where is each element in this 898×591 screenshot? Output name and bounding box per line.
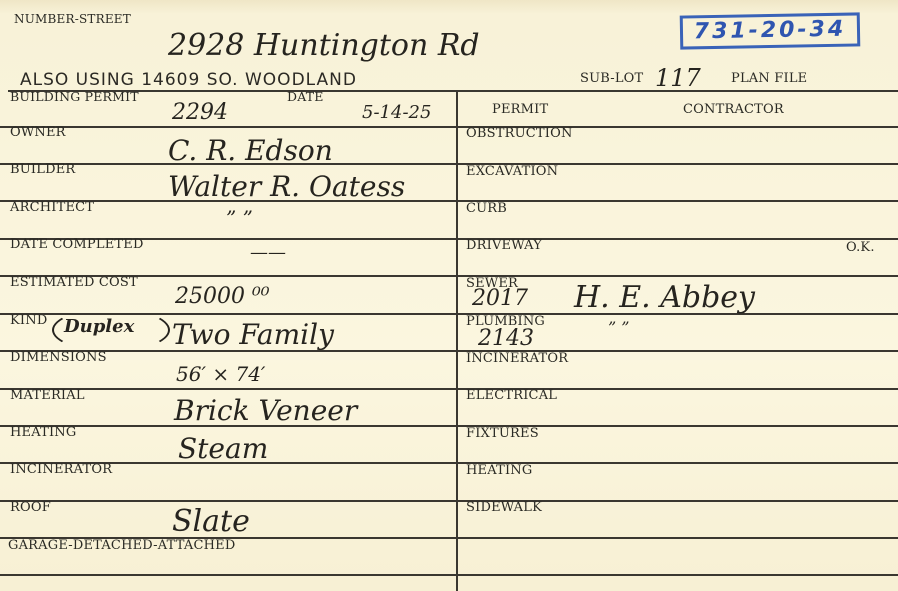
building-permit-label: BUILDING PERMIT	[10, 89, 139, 104]
kind-annotation: Duplex	[64, 316, 134, 337]
dimensions-label: DIMENSIONS	[10, 350, 107, 365]
rule-line	[8, 90, 898, 92]
driveway-status: O.K.	[846, 240, 875, 255]
rule-line	[0, 126, 898, 128]
estimated-cost-label: ESTIMATED COST	[10, 275, 138, 290]
rule-line	[0, 388, 898, 390]
owner-label: OWNER	[10, 125, 66, 140]
garage-label: GARAGE-DETACHED-ATTACHED	[8, 538, 235, 553]
curb-label: CURB	[466, 201, 507, 216]
rule-line	[0, 350, 898, 352]
heating-value: Steam	[178, 432, 268, 465]
material-value: Brick Veneer	[174, 394, 357, 427]
incinerator-permit-label: INCINERATOR	[466, 351, 568, 366]
address-value: 2928 Huntington Rd	[168, 28, 480, 63]
excavation-label: EXCAVATION	[466, 164, 558, 179]
owner-value: C. R. Edson	[168, 134, 333, 167]
file-number-stamp: 731-20-34	[680, 12, 861, 49]
heating-permit-label: HEATING	[466, 463, 532, 478]
also-using-note: ALSO USING 14609 SO. WOODLAND	[20, 70, 357, 90]
dimensions-value: 56′ × 74′	[176, 362, 265, 386]
rule-line	[0, 200, 898, 202]
material-label: MATERIAL	[10, 388, 85, 403]
plumbing-permit: 2143	[478, 326, 534, 351]
plan-file-label: PLAN FILE	[731, 71, 807, 86]
builder-label: BUILDER	[10, 162, 75, 177]
kind-label: KIND	[10, 313, 47, 328]
date-value: 5-14-25	[362, 102, 431, 123]
roof-value: Slate	[172, 504, 250, 539]
sewer-contractor: H. E. Abbey	[574, 280, 755, 315]
rule-line	[0, 462, 898, 464]
contractor-column-header: CONTRACTOR	[683, 102, 784, 117]
date-label: DATE	[287, 89, 324, 104]
obstruction-label: OBSTRUCTION	[466, 126, 573, 141]
permit-column-header: PERMIT	[492, 102, 548, 117]
column-divider	[456, 90, 458, 591]
building-record-card: NUMBER-STREET 2928 Huntington Rd 731-20-…	[0, 0, 898, 591]
roof-label: ROOF	[10, 500, 51, 515]
rule-line	[0, 163, 898, 165]
number-street-label: NUMBER-STREET	[14, 12, 131, 26]
sewer-permit: 2017	[472, 286, 528, 311]
date-completed-label: DATE COMPLETED	[10, 237, 144, 252]
date-completed-value: ——	[250, 242, 286, 263]
incinerator-label: INCINERATOR	[10, 462, 112, 477]
architect-value: ” ”	[226, 206, 253, 230]
estimated-cost-value: 25000 ⁰⁰	[175, 284, 270, 309]
sub-lot-label: SUB-LOT	[580, 71, 643, 86]
electrical-label: ELECTRICAL	[466, 388, 557, 403]
rule-line	[0, 574, 898, 576]
architect-label: ARCHITECT	[10, 200, 94, 215]
sidewalk-label: SIDEWALK	[466, 500, 542, 515]
building-permit-value: 2294	[172, 100, 228, 125]
heating-label: HEATING	[10, 425, 76, 440]
kind-value: Two Family	[172, 318, 334, 351]
builder-value: Walter R. Oatess	[168, 170, 405, 203]
rule-line	[0, 425, 898, 427]
driveway-label: DRIVEWAY	[466, 238, 542, 253]
sub-lot-value: 117	[655, 64, 701, 92]
plumbing-contractor: ” ”	[608, 318, 629, 337]
rule-line	[0, 500, 898, 502]
fixtures-label: FIXTURES	[466, 426, 539, 441]
